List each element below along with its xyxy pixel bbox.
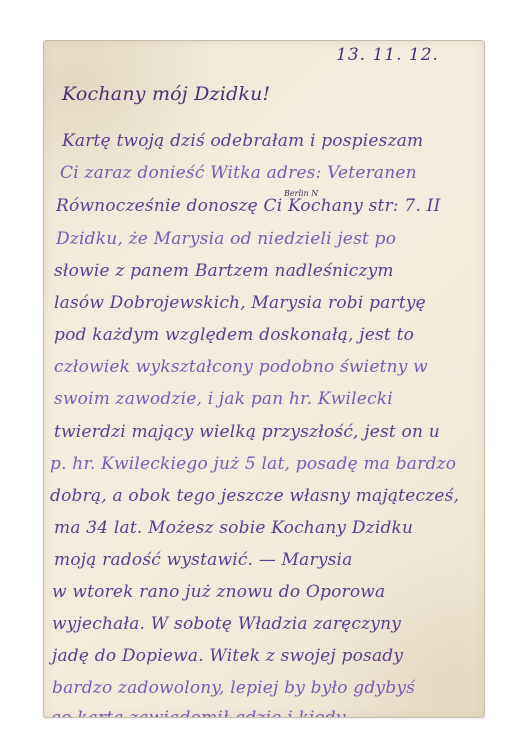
letter-line-13: ma 34 lat. Możesz sobie Kochany Dzidku <box>54 520 413 537</box>
letter-line-3: Równocześnie donoszę Ci Kochany str: 7. … <box>56 198 440 215</box>
letter-line-6: lasów Dobrojewskich, Marysia robi partyę <box>54 295 426 312</box>
letter-line-16: wyjechała. W sobotę Władzia zaręczyny <box>52 616 401 633</box>
letter-line-8: człowiek wykształcony podobno świetny w <box>54 359 428 376</box>
letter-line-12: dobrą, a obok tego jeszcze własny mająte… <box>50 488 459 505</box>
letter-line-17: jadę do Dopiewa. Witek z swojej posady <box>52 648 403 665</box>
letter-line-14: moją radość wystawić. — Marysia <box>54 552 353 569</box>
letter-line-19: go kartą zawiadomił gdzie i kiedy <box>50 710 346 718</box>
scan-background: 13. 11. 12. Kochany mój Dzidku! Kartę tw… <box>0 0 515 750</box>
letter-line-5: słowie z panem Bartzem nadleśniczym <box>54 263 394 280</box>
letter-line-9: swoim zawodzie, i jak pan hr. Kwilecki <box>54 391 393 408</box>
salutation: Kochany mój Dzidku! <box>62 85 270 104</box>
postcard: 13. 11. 12. Kochany mój Dzidku! Kartę tw… <box>43 40 485 718</box>
letter-line-7: pod każdym względem doskonałą, jest to <box>54 327 414 344</box>
letter-line-11: p. hr. Kwileckiego już 5 lat, posadę ma … <box>50 456 456 473</box>
letter-line-2: Ci zaraz donieść Witka adres: Veteranen <box>60 165 417 182</box>
letter-line-4: Dzidku, że Marysia od niedzieli jest po <box>56 231 396 248</box>
letter-line-18: bardzo zadowolony, lepiej by było gdybyś <box>52 680 415 697</box>
letter-date: 13. 11. 12. <box>336 45 439 65</box>
letter-line-10: twierdzi mający wielką przyszłość, jest … <box>54 424 440 441</box>
letter-line-15: w wtorek rano już znowu do Oporowa <box>52 584 385 601</box>
letter-line-1: Kartę twoją dziś odebrałam i pospieszam <box>62 133 423 150</box>
